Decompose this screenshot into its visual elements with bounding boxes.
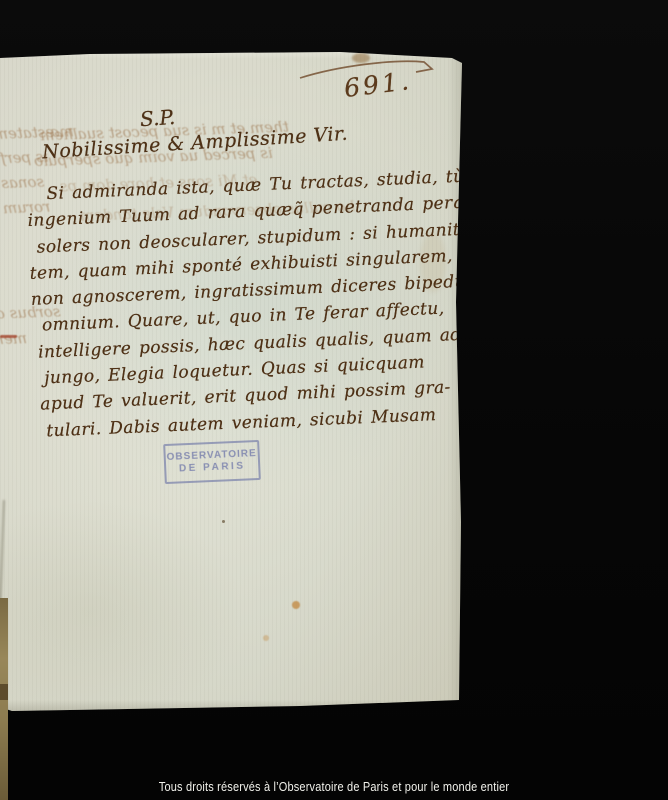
foxing-spot [263, 635, 269, 641]
manuscript-photo: mæstatem et is perfusis sonas rom rorum … [0, 0, 668, 800]
bleedthrough-text: merho [0, 329, 27, 349]
binding-knot [0, 684, 8, 700]
binding-strip [0, 598, 8, 800]
archive-stamp: OBSERVATOIRE DE PARIS [163, 440, 261, 484]
manuscript-page: mæstatem et is perfusis sonas rom rorum … [0, 52, 464, 712]
paper-crease [0, 500, 5, 610]
salutation: S.P. [139, 105, 176, 131]
stamp-line-2: DE PARIS [179, 461, 246, 476]
copyright-caption: Tous droits réservés à l’Observatoire de… [40, 780, 628, 794]
foxing-spot [292, 601, 300, 609]
letter-body: Si admiranda ista, quæ Tu tractas, studi… [26, 164, 461, 444]
red-margin-mark [0, 335, 17, 338]
ink-dot [222, 520, 225, 523]
